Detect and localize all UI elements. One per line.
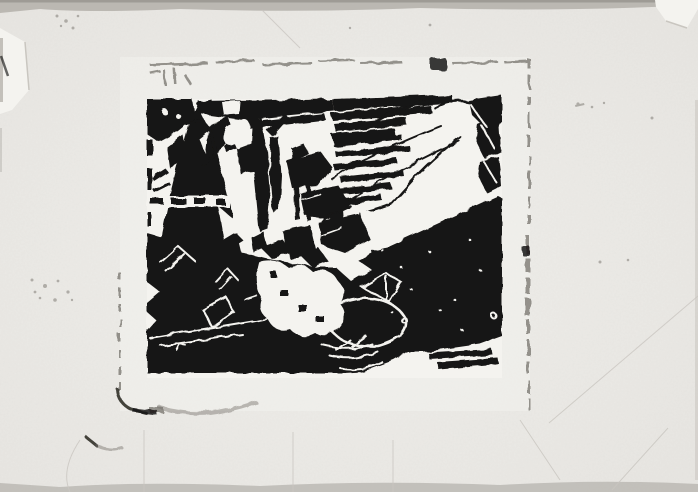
woodcut-print-scan (0, 0, 698, 492)
scanned-page (0, 0, 698, 492)
print-image (147, 95, 502, 378)
